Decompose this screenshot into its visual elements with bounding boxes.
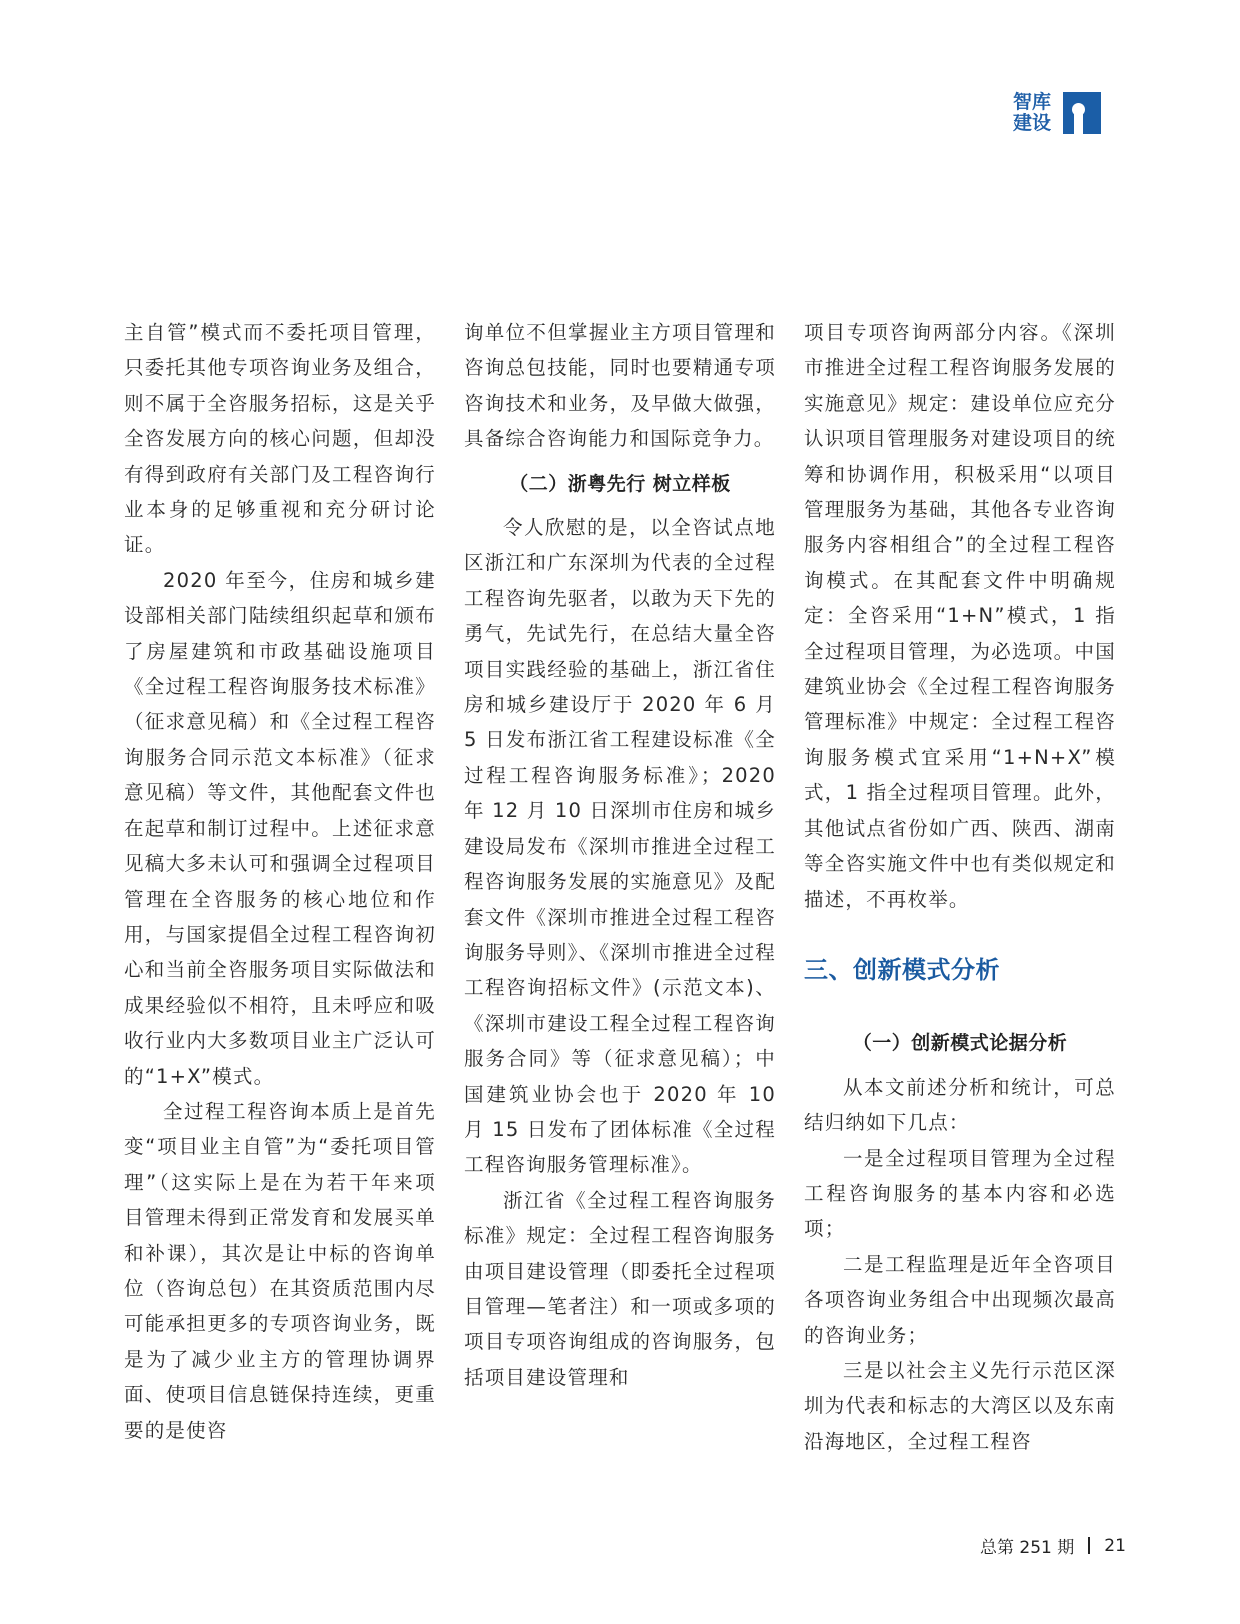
footer-divider [1088,1537,1090,1554]
column-1: 主自管”模式而不委托项目管理，只委托其他专项咨询业务及组合，则不属于全咨服务招标… [124,315,436,1448]
issue-number: 总第 251 期 [980,1533,1074,1558]
column-3: 项目专项咨询两部分内容。《深圳市推进全过程工程咨询服务发展的实施意见》规定：建设… [804,315,1116,1459]
paragraph: 二是工程监理是近年全咨项目各项咨询业务组合中出现频次最高的咨询业务； [804,1247,1116,1353]
keyhole-icon [1063,92,1101,134]
page-footer: 总第 251 期 21 [980,1533,1126,1558]
paragraph: 2020 年至今，住房和城乡建设部相关部门陆续组织起草和颁布了房屋建筑和市政基础… [124,563,436,1094]
paragraph: 询单位不但掌握业主方项目管理和咨询总包技能，同时也要精通专项咨询技术和业务，及早… [464,315,776,457]
page-number: 21 [1104,1536,1126,1556]
paragraph: 令人欣慰的是，以全咨试点地区浙江和广东深圳为代表的全过程工程咨询先驱者，以敢为天… [464,510,776,1183]
paragraph: 一是全过程项目管理为全过程工程咨询服务的基本内容和必选项； [804,1141,1116,1247]
paragraph: 全过程工程咨询本质上是首先变“项目业主自管”为“委托项目管理”（这实际上是在为若… [124,1094,436,1448]
section-title: 三、创新模式分析 [804,953,1116,988]
paragraph: 浙江省《全过程工程咨询服务标准》规定：全过程工程咨询服务由项目建设管理（即委托全… [464,1183,776,1395]
paragraph: 从本文前述分析和统计，可总结归纳如下几点： [804,1070,1116,1141]
subheading: （一）创新模式论据分析 [804,1026,1116,1061]
section-badge-label: 智库 建设 [1013,92,1057,134]
subheading: （二）浙粤先行 树立样板 [464,467,776,502]
paragraph: 主自管”模式而不委托项目管理，只委托其他专项咨询业务及组合，则不属于全咨服务招标… [124,315,436,563]
badge-line2: 建设 [1013,113,1057,134]
section-badge: 智库 建设 [1013,92,1101,134]
paragraph: 三是以社会主义先行示范区深圳为代表和标志的大湾区以及东南沿海地区，全过程工程咨 [804,1353,1116,1459]
paragraph: 项目专项咨询两部分内容。《深圳市推进全过程工程咨询服务发展的实施意见》规定：建设… [804,315,1116,917]
badge-line1: 智库 [1013,92,1057,113]
column-2: 询单位不但掌握业主方项目管理和咨询总包技能，同时也要精通专项咨询技术和业务，及早… [464,315,776,1395]
